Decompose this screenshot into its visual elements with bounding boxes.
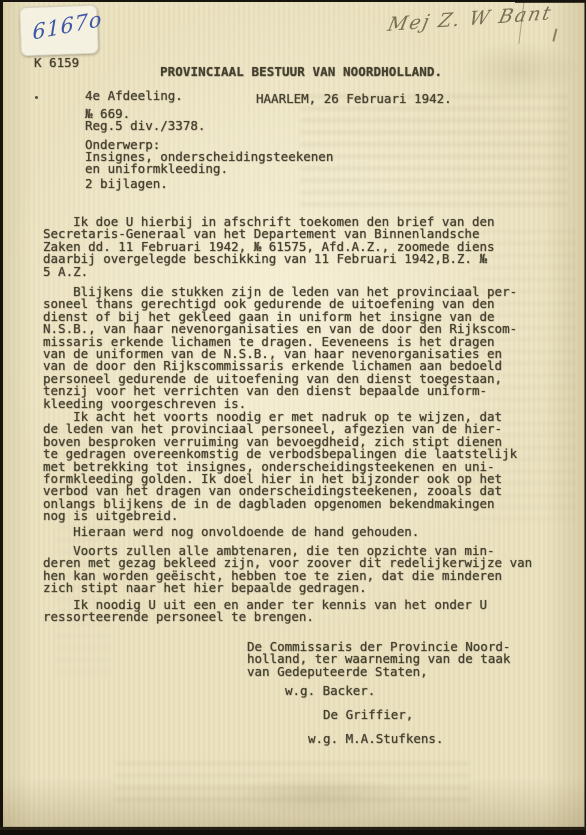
paragraph-6: Ik noodig U uit een en ander ter kennis … bbox=[43, 599, 487, 624]
signature-office: De Commissaris der Provincie Noord- holl… bbox=[247, 641, 510, 678]
scanned-letter: 6167o Mej Z. W Bant K 6159 PROVINCIAAL B… bbox=[0, 0, 586, 835]
file-reference: K 6159 bbox=[34, 57, 79, 69]
paragraph-4: Hieraan werd nog onvoldoende de hand geh… bbox=[43, 526, 419, 538]
registration-number: Reg.5 div./3378. bbox=[85, 120, 205, 132]
bleed-through-text bbox=[300, 95, 568, 207]
paragraph-2: Blijkens die stukken zijn de leden van h… bbox=[43, 286, 517, 410]
department-line: 4e Afdeeling. bbox=[85, 90, 183, 102]
subject-text: Insignes, onderscheidingsteekenen en uni… bbox=[85, 151, 333, 176]
paragraph-1: Ik doe U hierbij in afschrift toekomen d… bbox=[43, 216, 495, 278]
paper-stain bbox=[460, 40, 580, 100]
place-date-line: HAARLEM, 26 Februari 1942. bbox=[256, 93, 452, 105]
scan-edge-bottom bbox=[0, 826, 586, 835]
letter-title: PROVINCIAAL BESTUUR VAN NOORDHOLLAND. bbox=[160, 66, 442, 78]
griffier-title: De Griffier, bbox=[323, 709, 413, 721]
paragraph-5: Voorts zullen alle ambtenaren, die ten o… bbox=[43, 545, 532, 595]
archive-label-sticker: 6167o bbox=[19, 5, 99, 57]
griffier-name: w.g. M.A.Stufkens. bbox=[308, 733, 443, 745]
paragraph-3: Ik acht het voorts noodig er met nadruk … bbox=[43, 411, 517, 523]
scan-edge-top bbox=[140, 0, 355, 2]
ink-dot bbox=[35, 96, 38, 99]
scan-edge-left bbox=[0, 0, 3, 835]
archive-label-number: 6167o bbox=[32, 7, 102, 45]
signature-name: w.g. Backer. bbox=[285, 685, 375, 697]
enclosures-line: 2 bijlagen. bbox=[85, 178, 168, 190]
scan-edge-top bbox=[515, 0, 586, 3]
paper-stain bbox=[230, 775, 410, 815]
